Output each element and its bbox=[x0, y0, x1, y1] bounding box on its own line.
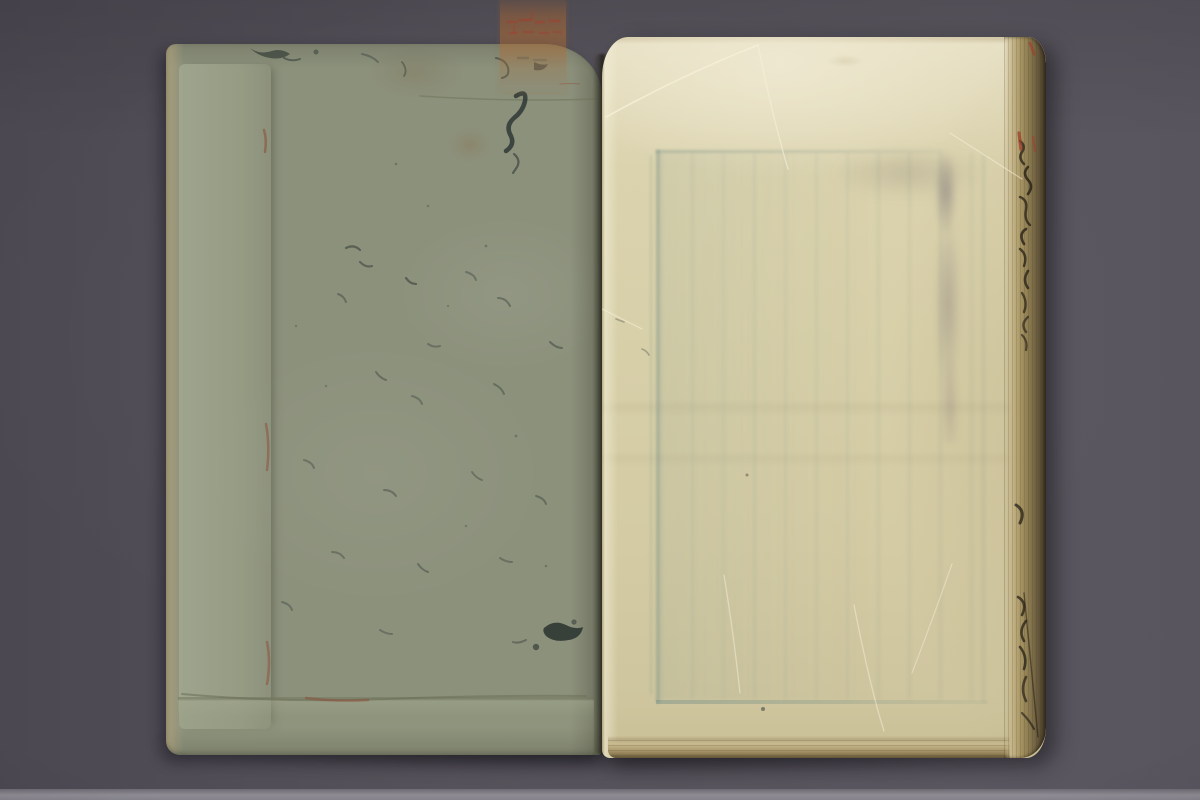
ink-blot bbox=[513, 619, 583, 650]
left-cover-inside bbox=[166, 44, 602, 755]
label-character-strokes bbox=[500, 0, 566, 92]
fold-lines bbox=[182, 84, 598, 701]
cover-fibre-flecks-and-stains bbox=[166, 44, 602, 756]
page-creases-and-fore-edge-ink bbox=[602, 37, 1046, 758]
page-specks bbox=[616, 319, 765, 711]
right-page bbox=[602, 37, 1046, 758]
background-bottom-strip bbox=[0, 789, 1200, 800]
illegible-red-strokes bbox=[508, 12, 561, 60]
fibre-flecks bbox=[282, 163, 562, 634]
title-slip-remnant bbox=[500, 0, 566, 92]
top-edge-debris bbox=[250, 48, 508, 78]
crease-lines bbox=[602, 45, 1022, 731]
photo-open-antique-book bbox=[0, 0, 1200, 800]
fore-edge-ink-marks bbox=[1016, 43, 1038, 737]
